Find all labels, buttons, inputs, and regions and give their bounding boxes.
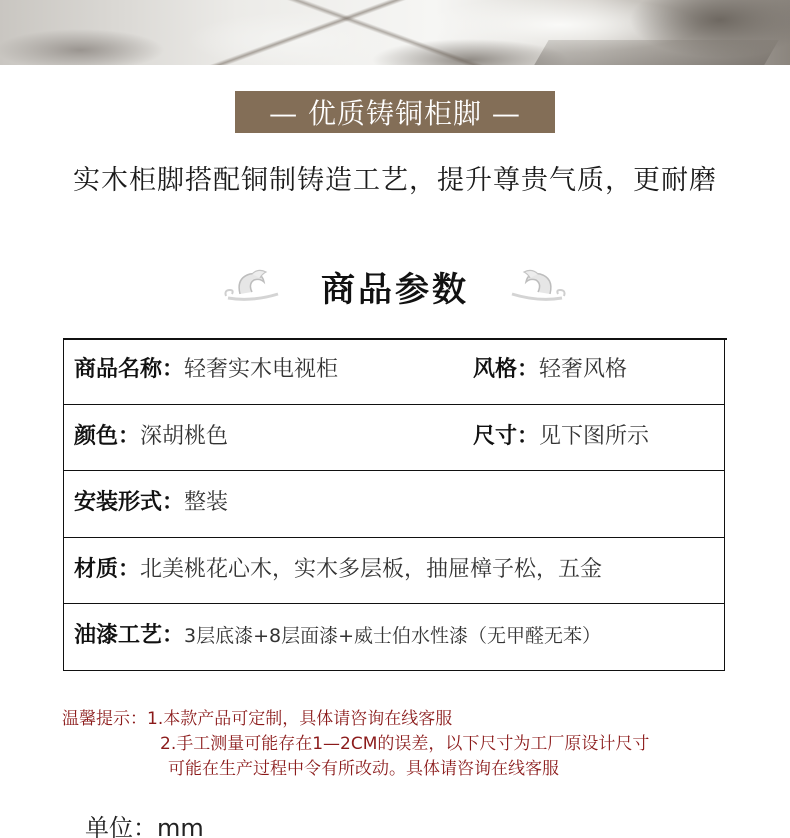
- note-line-1: 温馨提示：1.本款产品可定制，具体请咨询在线客服: [62, 707, 649, 732]
- feature-banner: — 优质铸铜柜脚 —: [235, 91, 555, 133]
- banner-title: — 优质铸铜柜脚 —: [269, 92, 521, 132]
- feature-subtitle: 实木柜脚搭配铜制铸造工艺，提升尊贵气质，更耐磨: [0, 158, 790, 197]
- param-color: 颜色：深胡桃色: [74, 419, 228, 450]
- marble-fold: [531, 40, 778, 65]
- param-paint: 油漆工艺：3层底漆+8层面漆+威士伯水性漆（无甲醛无苯）: [74, 618, 601, 649]
- param-install: 安装形式：整装: [74, 485, 228, 516]
- tips-notes: 温馨提示：1.本款产品可定制，具体请咨询在线客服 2.手工测量可能存在1—2CM…: [62, 707, 649, 782]
- param-size: 尺寸：见下图所示: [473, 419, 649, 450]
- section-title: 商品参数: [0, 262, 790, 311]
- table-row: 安装形式：整装: [64, 470, 724, 537]
- note-line-2: 2.手工测量可能存在1—2CM的误差，以下尺寸为工厂原设计尺寸: [62, 732, 649, 757]
- params-table: 商品名称：轻奢实木电视柜 风格：轻奢风格 颜色：深胡桃色 尺寸：见下图所示 安装…: [63, 338, 725, 671]
- table-row: 油漆工艺：3层底漆+8层面漆+威士伯水性漆（无甲醛无苯）: [64, 603, 724, 670]
- param-name: 商品名称：轻奢实木电视柜: [74, 352, 338, 383]
- param-style: 风格：轻奢风格: [473, 352, 627, 383]
- scroll-ornament-icon: [508, 266, 568, 304]
- table-row: 材质：北美桃花心木，实木多层板，抽屉樟子松，五金: [64, 537, 724, 604]
- param-material: 材质：北美桃花心木，实木多层板，抽屉樟子松，五金: [74, 552, 602, 583]
- marble-header-image: [0, 0, 790, 65]
- table-row: 商品名称：轻奢实木电视柜 风格：轻奢风格: [64, 338, 724, 404]
- table-row: 颜色：深胡桃色 尺寸：见下图所示: [64, 404, 724, 471]
- note-line-3: 可能在生产过程中令有所改动。具体请咨询在线客服: [62, 757, 649, 782]
- unit-label: 单位：mm: [85, 808, 204, 838]
